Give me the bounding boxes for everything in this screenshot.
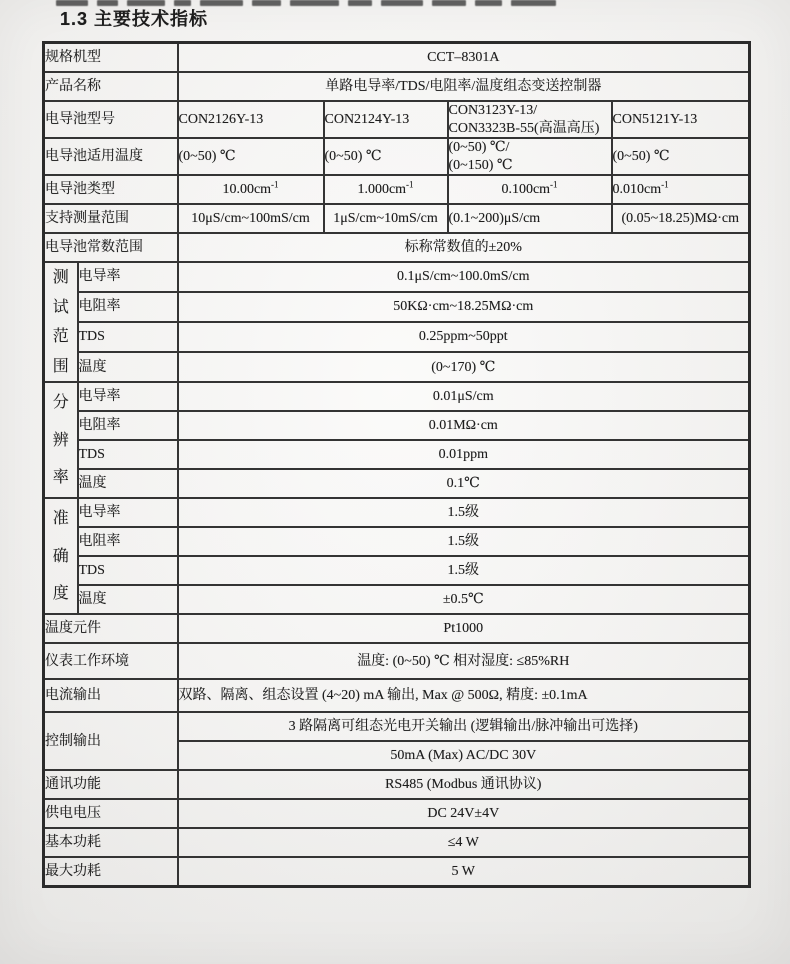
spec-value-comm: RS485 (Modbus 通讯协议): [178, 770, 750, 799]
spec-label-cell-type: 电导池类型: [44, 175, 178, 204]
test-range-value-0: 0.1μS/cm~100.0mS/cm: [178, 262, 750, 292]
spec-value-max-power: 5 W: [178, 857, 750, 887]
cell-model-3: CON3123Y-13/ CON3323B-55(高温高压): [448, 101, 612, 138]
table-row: 温度 ±0.5℃: [44, 585, 750, 614]
spec-value-power-supply: DC 24V±4V: [178, 799, 750, 828]
test-range-value-3: (0~170) ℃: [178, 352, 750, 382]
table-row: TDS 0.01ppm: [44, 440, 750, 469]
table-row: TDS 0.25ppm~50ppt: [44, 322, 750, 352]
section-title: 1.3 主要技术指标: [60, 5, 208, 31]
resolution-value-1: 0.01MΩ·cm: [178, 411, 750, 440]
cell-type-3: 0.100cm-1: [448, 175, 612, 204]
spec-value-model: CCT–8301A: [178, 43, 750, 73]
spec-value-control-out-2: 50mA (Max) AC/DC 30V: [178, 741, 750, 770]
resolution-value-0: 0.01μS/cm: [178, 382, 750, 411]
spec-label-control-out: 控制输出: [44, 712, 178, 770]
resolution-value-2: 0.01ppm: [178, 440, 750, 469]
measure-range-3: (0.1~200)μS/cm: [448, 204, 612, 233]
group-label-test-range: 测试范围: [44, 262, 78, 382]
cell-model-1: CON2126Y-13: [178, 101, 324, 138]
table-row: 电流输出 双路、隔离、组态设置 (4~20) mA 输出, Max @ 500Ω…: [44, 679, 750, 712]
spec-value-constant-range: 标称常数值的±20%: [178, 233, 750, 262]
spec-label-comm: 通讯功能: [44, 770, 178, 799]
cell-temp-3: (0~50) ℃/ (0~150) ℃: [448, 138, 612, 175]
resolution-label-0: 电导率: [78, 382, 178, 411]
resolution-label-1: 电阻率: [78, 411, 178, 440]
spec-value-current-out: 双路、隔离、组态设置 (4~20) mA 输出, Max @ 500Ω, 精度:…: [178, 679, 750, 712]
table-row: 测试范围 电导率 0.1μS/cm~100.0mS/cm: [44, 262, 750, 292]
cell-temp-3-line1: (0~50) ℃/: [449, 140, 510, 155]
cell-temp-4: (0~50) ℃: [612, 138, 750, 175]
spec-label-base-power: 基本功耗: [44, 828, 178, 857]
resolution-label-2: TDS: [78, 440, 178, 469]
table-row: 供电电压 DC 24V±4V: [44, 799, 750, 828]
accuracy-label-2: TDS: [78, 556, 178, 585]
cell-temp-1: (0~50) ℃: [178, 138, 324, 175]
measure-range-1: 10μS/cm~100mS/cm: [178, 204, 324, 233]
accuracy-label-1: 电阻率: [78, 527, 178, 556]
table-row: 仪表工作环境 温度: (0~50) ℃ 相对湿度: ≤85%RH: [44, 643, 750, 679]
table-row: TDS 1.5级: [44, 556, 750, 585]
table-row: 电导池型号 CON2126Y-13 CON2124Y-13 CON3123Y-1…: [44, 101, 750, 138]
spec-value-temp-element: Pt1000: [178, 614, 750, 643]
spec-label-product: 产品名称: [44, 72, 178, 101]
table-row: 基本功耗 ≤4 W: [44, 828, 750, 857]
cell-type-2: 1.000cm-1: [324, 175, 448, 204]
cell-model-3-line2: CON3323B-55(高温高压): [449, 121, 600, 136]
test-range-value-1: 50KΩ·cm~18.25MΩ·cm: [178, 292, 750, 322]
accuracy-value-0: 1.5级: [178, 498, 750, 527]
test-range-label-1: 电阻率: [78, 292, 178, 322]
spec-value-control-out-1: 3 路隔离可组态光电开关输出 (逻辑输出/脉冲输出可选择): [178, 712, 750, 741]
table-row: 温度元件 Pt1000: [44, 614, 750, 643]
spec-label-current-out: 电流输出: [44, 679, 178, 712]
spec-label-temp-element: 温度元件: [44, 614, 178, 643]
test-range-label-3: 温度: [78, 352, 178, 382]
table-row: 温度 0.1℃: [44, 469, 750, 498]
table-row: 电导池常数范围 标称常数值的±20%: [44, 233, 750, 262]
table-row: 通讯功能 RS485 (Modbus 通讯协议): [44, 770, 750, 799]
cell-temp-2: (0~50) ℃: [324, 138, 448, 175]
table-row: 电阻率 0.01MΩ·cm: [44, 411, 750, 440]
accuracy-label-3: 温度: [78, 585, 178, 614]
cell-type-1: 10.00cm-1: [178, 175, 324, 204]
cell-model-2: CON2124Y-13: [324, 101, 448, 138]
spec-value-product: 单路电导率/TDS/电阻率/温度组态变送控制器: [178, 72, 750, 101]
table-row: 电阻率 50KΩ·cm~18.25MΩ·cm: [44, 292, 750, 322]
spec-value-base-power: ≤4 W: [178, 828, 750, 857]
accuracy-value-3: ±0.5℃: [178, 585, 750, 614]
accuracy-label-0: 电导率: [78, 498, 178, 527]
table-row: 准确度 电导率 1.5级: [44, 498, 750, 527]
table-row: 最大功耗 5 W: [44, 857, 750, 887]
cell-type-4: 0.010cm-1: [612, 175, 750, 204]
table-row: 温度 (0~170) ℃: [44, 352, 750, 382]
document-page: 1.3 主要技术指标 规格机型 CCT–8301A 产品名称 单路电导率/TDS…: [0, 0, 790, 964]
table-row: 规格机型 CCT–8301A: [44, 43, 750, 73]
table-row: 电导池类型 10.00cm-1 1.000cm-1 0.100cm-1 0.01…: [44, 175, 750, 204]
table-row: 电导池适用温度 (0~50) ℃ (0~50) ℃ (0~50) ℃/ (0~1…: [44, 138, 750, 175]
test-range-label-2: TDS: [78, 322, 178, 352]
cell-temp-3-line2: (0~150) ℃: [449, 158, 513, 173]
test-range-label-0: 电导率: [78, 262, 178, 292]
test-range-value-2: 0.25ppm~50ppt: [178, 322, 750, 352]
group-label-resolution: 分辨率: [44, 382, 78, 498]
spec-label-work-env: 仪表工作环境: [44, 643, 178, 679]
cell-model-3-line1: CON3123Y-13/: [449, 103, 538, 118]
resolution-value-3: 0.1℃: [178, 469, 750, 498]
cell-model-4: CON5121Y-13: [612, 101, 750, 138]
table-row: 电阻率 1.5级: [44, 527, 750, 556]
accuracy-value-1: 1.5级: [178, 527, 750, 556]
table-row: 控制输出 3 路隔离可组态光电开关输出 (逻辑输出/脉冲输出可选择): [44, 712, 750, 741]
spec-label-power-supply: 供电电压: [44, 799, 178, 828]
spec-label-cell-temp: 电导池适用温度: [44, 138, 178, 175]
table-row: 支持测量范围 10μS/cm~100mS/cm 1μS/cm~10mS/cm (…: [44, 204, 750, 233]
measure-range-2: 1μS/cm~10mS/cm: [324, 204, 448, 233]
group-label-accuracy: 准确度: [44, 498, 78, 614]
spec-label-model: 规格机型: [44, 43, 178, 73]
spec-table: 规格机型 CCT–8301A 产品名称 单路电导率/TDS/电阻率/温度组态变送…: [42, 41, 751, 888]
measure-range-4: (0.05~18.25)MΩ·cm: [612, 204, 750, 233]
spec-label-cell-model: 电导池型号: [44, 101, 178, 138]
spec-label-measure-range: 支持测量范围: [44, 204, 178, 233]
table-row: 分辨率 电导率 0.01μS/cm: [44, 382, 750, 411]
table-row: 产品名称 单路电导率/TDS/电阻率/温度组态变送控制器: [44, 72, 750, 101]
resolution-label-3: 温度: [78, 469, 178, 498]
spec-label-max-power: 最大功耗: [44, 857, 178, 887]
spec-value-work-env: 温度: (0~50) ℃ 相对湿度: ≤85%RH: [178, 643, 750, 679]
accuracy-value-2: 1.5级: [178, 556, 750, 585]
spec-label-constant-range: 电导池常数范围: [44, 233, 178, 262]
